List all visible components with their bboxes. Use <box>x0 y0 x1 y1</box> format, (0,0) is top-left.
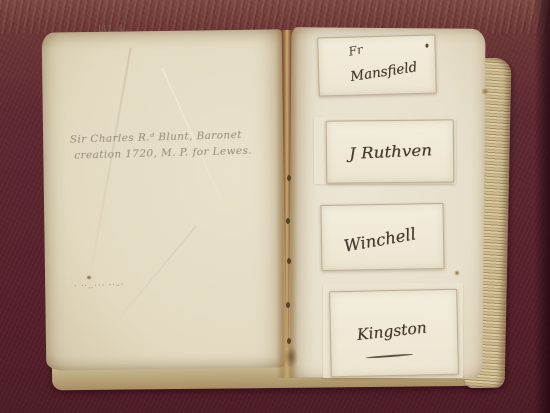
photo-vignette <box>0 0 550 413</box>
photo-of-open-autograph-album: III 4. Sir Charles R.ᵈ Blunt, Baronet cr… <box>0 0 550 413</box>
